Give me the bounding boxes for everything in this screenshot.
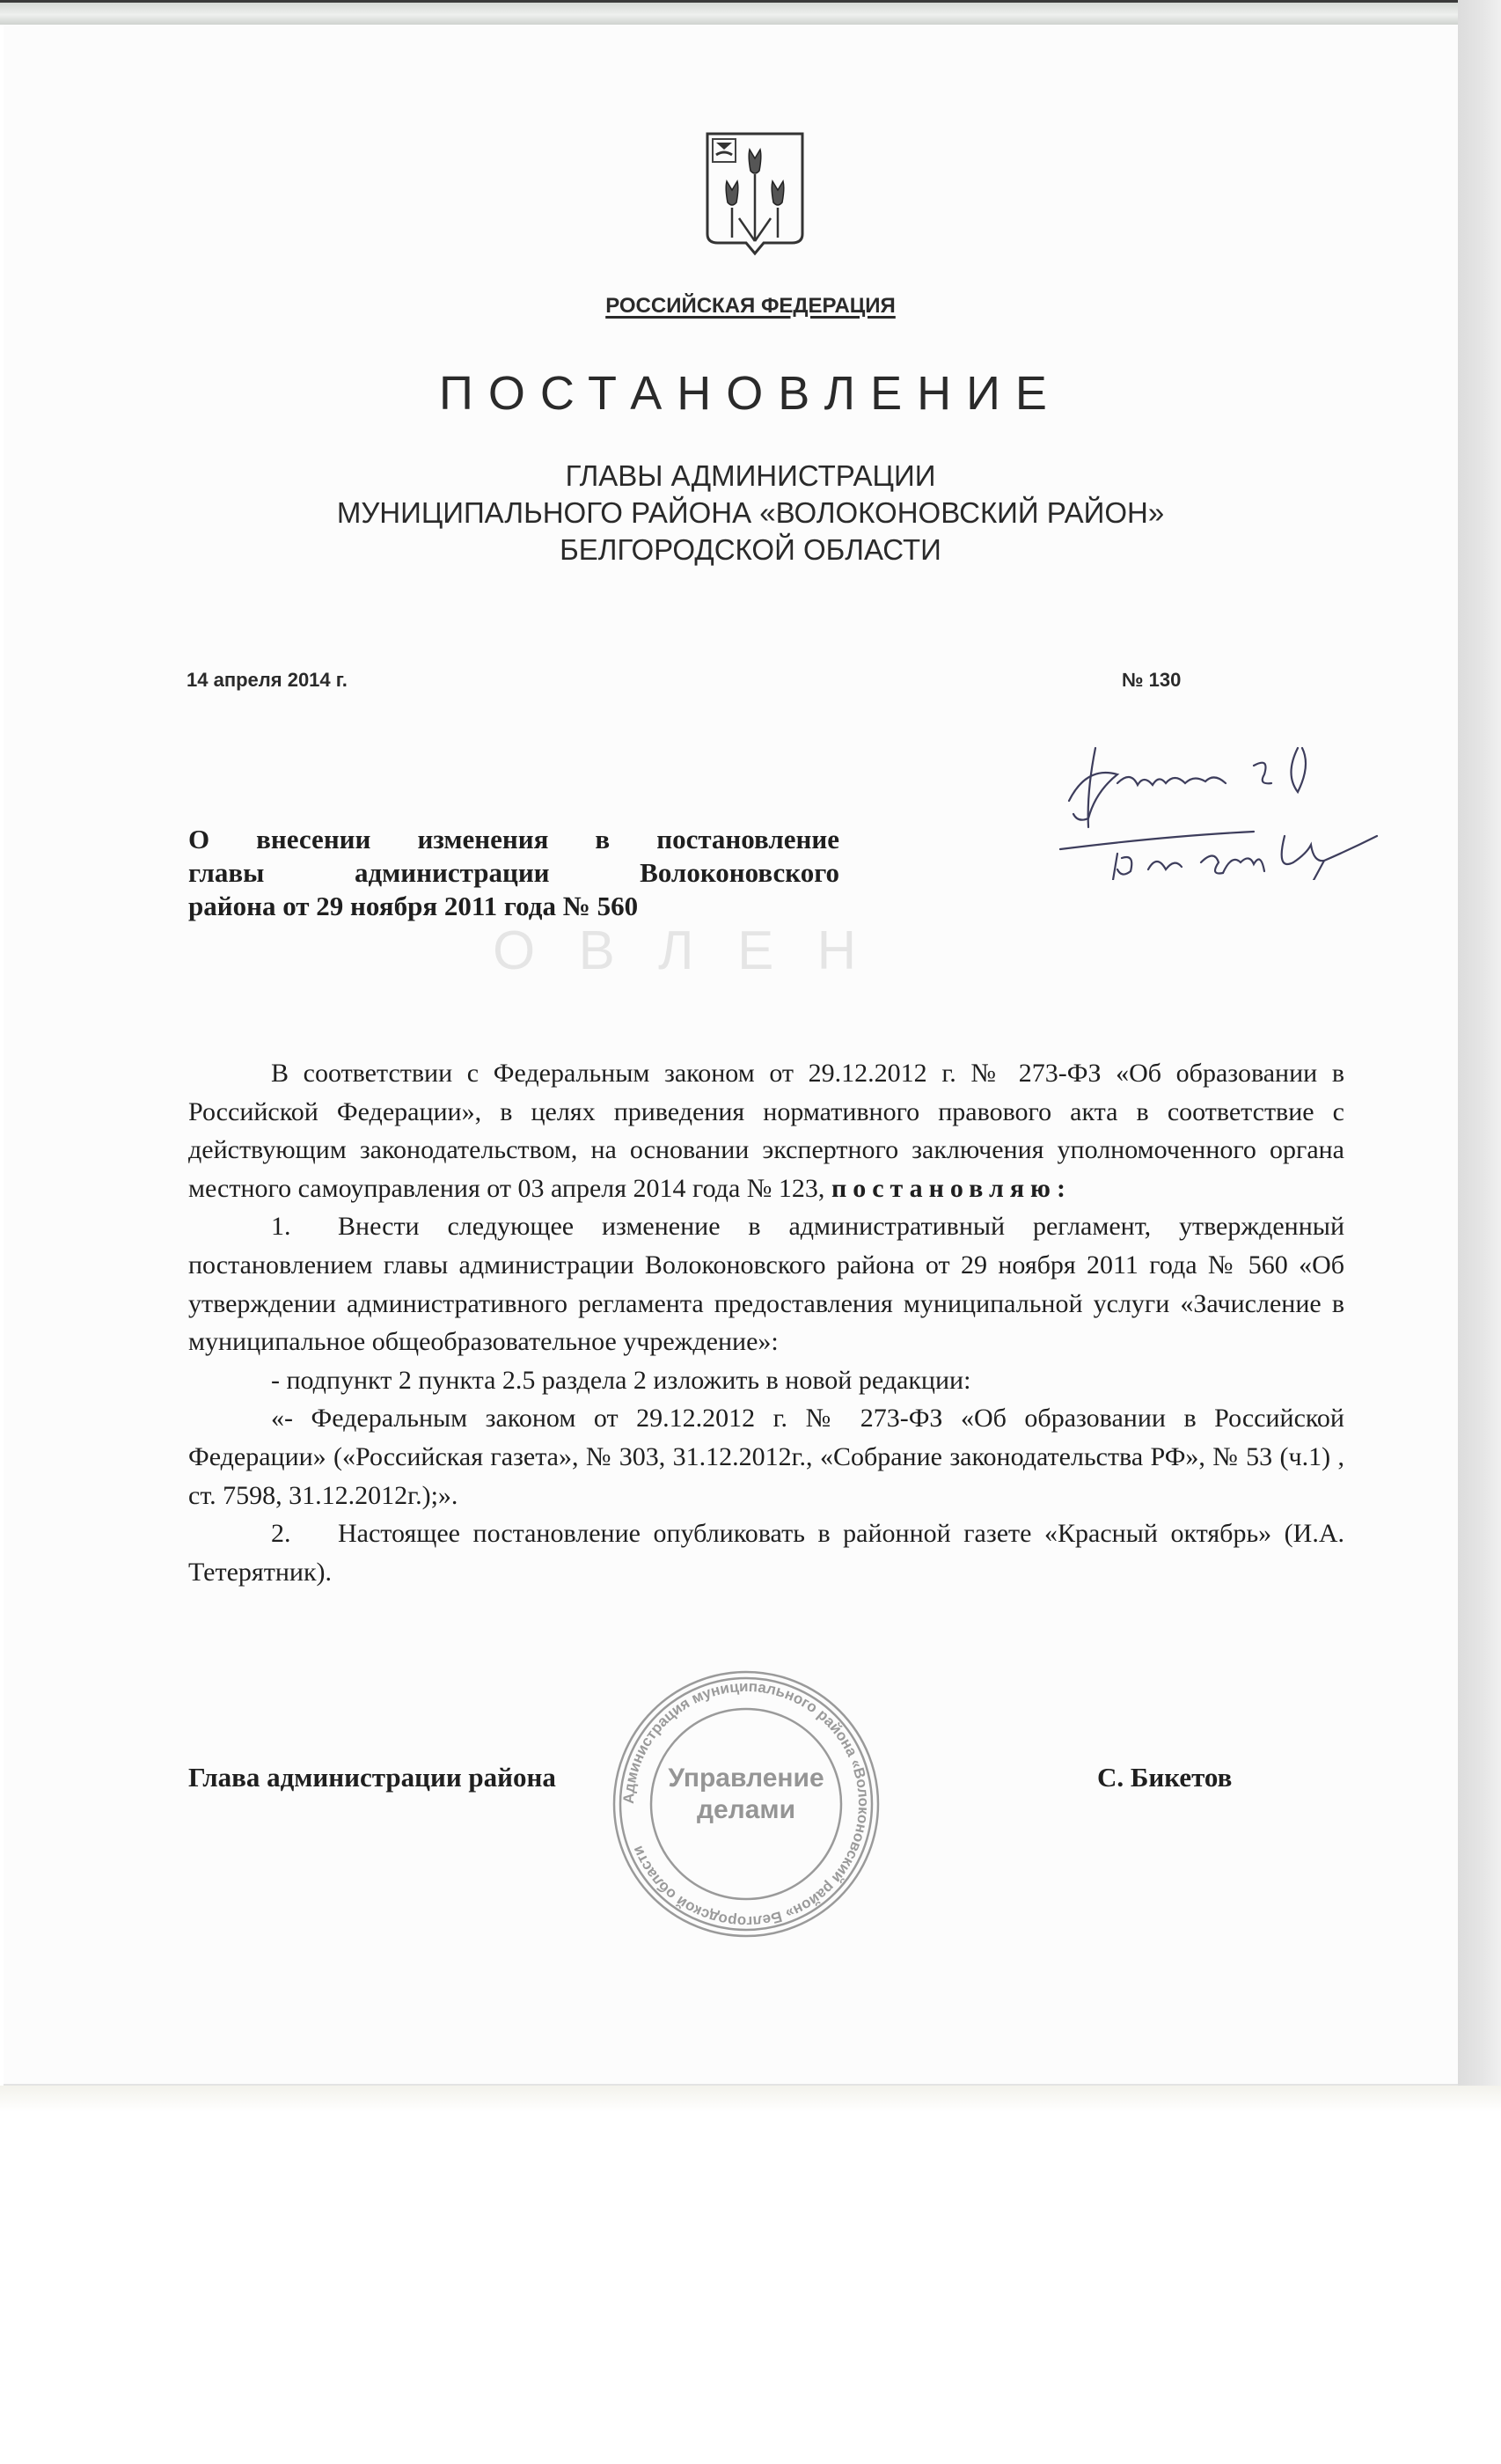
preamble-paragraph: В соответствии с Федеральным законом от … xyxy=(188,1054,1344,1207)
stamp-center-line: Управление xyxy=(668,1764,824,1793)
document-type-title: ПОСТАНОВЛЕНИЕ xyxy=(0,366,1501,421)
official-stamp-icon: Администрация муниципального района «Вол… xyxy=(588,1646,904,1962)
subject-line: О внесении изменения в постановление xyxy=(188,823,839,856)
show-through-text: О В Л Е Н xyxy=(493,920,870,982)
issuing-authority: ГЛАВЫ АДМИНИСТРАЦИИ МУНИЦИПАЛЬНОГО РАЙОН… xyxy=(0,458,1501,568)
signatory-position: Глава администрации района xyxy=(188,1762,556,1793)
document-date: 14 апреля 2014 г. xyxy=(187,669,348,692)
item-number: 2. xyxy=(271,1514,338,1553)
subitem: - подпункт 2 пункта 2.5 раздела 2 изложи… xyxy=(188,1361,1344,1400)
item-text: Настоящее постановление опубликовать в р… xyxy=(188,1519,1344,1587)
subject-line: района от 29 ноября 2011 года № 560 xyxy=(188,890,839,923)
subject-line: главы администрации Волоконовского xyxy=(188,856,839,890)
coat-of-arms-icon xyxy=(704,130,806,260)
resolve-word: постановляю: xyxy=(831,1174,1072,1203)
document-number: № 130 xyxy=(1122,669,1181,692)
handwritten-annotation xyxy=(1034,730,1403,880)
item-2: 2.Настоящее постановление опубликовать в… xyxy=(188,1514,1344,1591)
country-header: РОССИЙСКАЯ ФЕДЕРАЦИЯ xyxy=(0,294,1501,319)
signatory-name: С. Бикетов xyxy=(1097,1762,1232,1793)
item-text: Внести следующее изменение в администрат… xyxy=(188,1212,1344,1356)
document-subject: О внесении изменения в постановление гла… xyxy=(188,823,839,923)
item-number: 1. xyxy=(271,1207,338,1246)
stamp-center-line: делами xyxy=(697,1795,795,1824)
document-body: В соответствии с Федеральным законом от … xyxy=(188,1054,1344,1591)
authority-line: ГЛАВЫ АДМИНИСТРАЦИИ xyxy=(0,458,1501,495)
quoted-amendment: «- Федеральным законом от 29.12.2012 г. … xyxy=(188,1399,1344,1514)
scanner-bed xyxy=(0,2086,1501,2112)
authority-line: БЕЛГОРОДСКОЙ ОБЛАСТИ xyxy=(0,532,1501,568)
item-1: 1.Внести следующее изменение в администр… xyxy=(188,1207,1344,1360)
authority-line: МУНИЦИПАЛЬНОГО РАЙОНА «ВОЛОКОНОВСКИЙ РАЙ… xyxy=(0,495,1501,532)
scanner-top-edge xyxy=(0,0,1501,25)
